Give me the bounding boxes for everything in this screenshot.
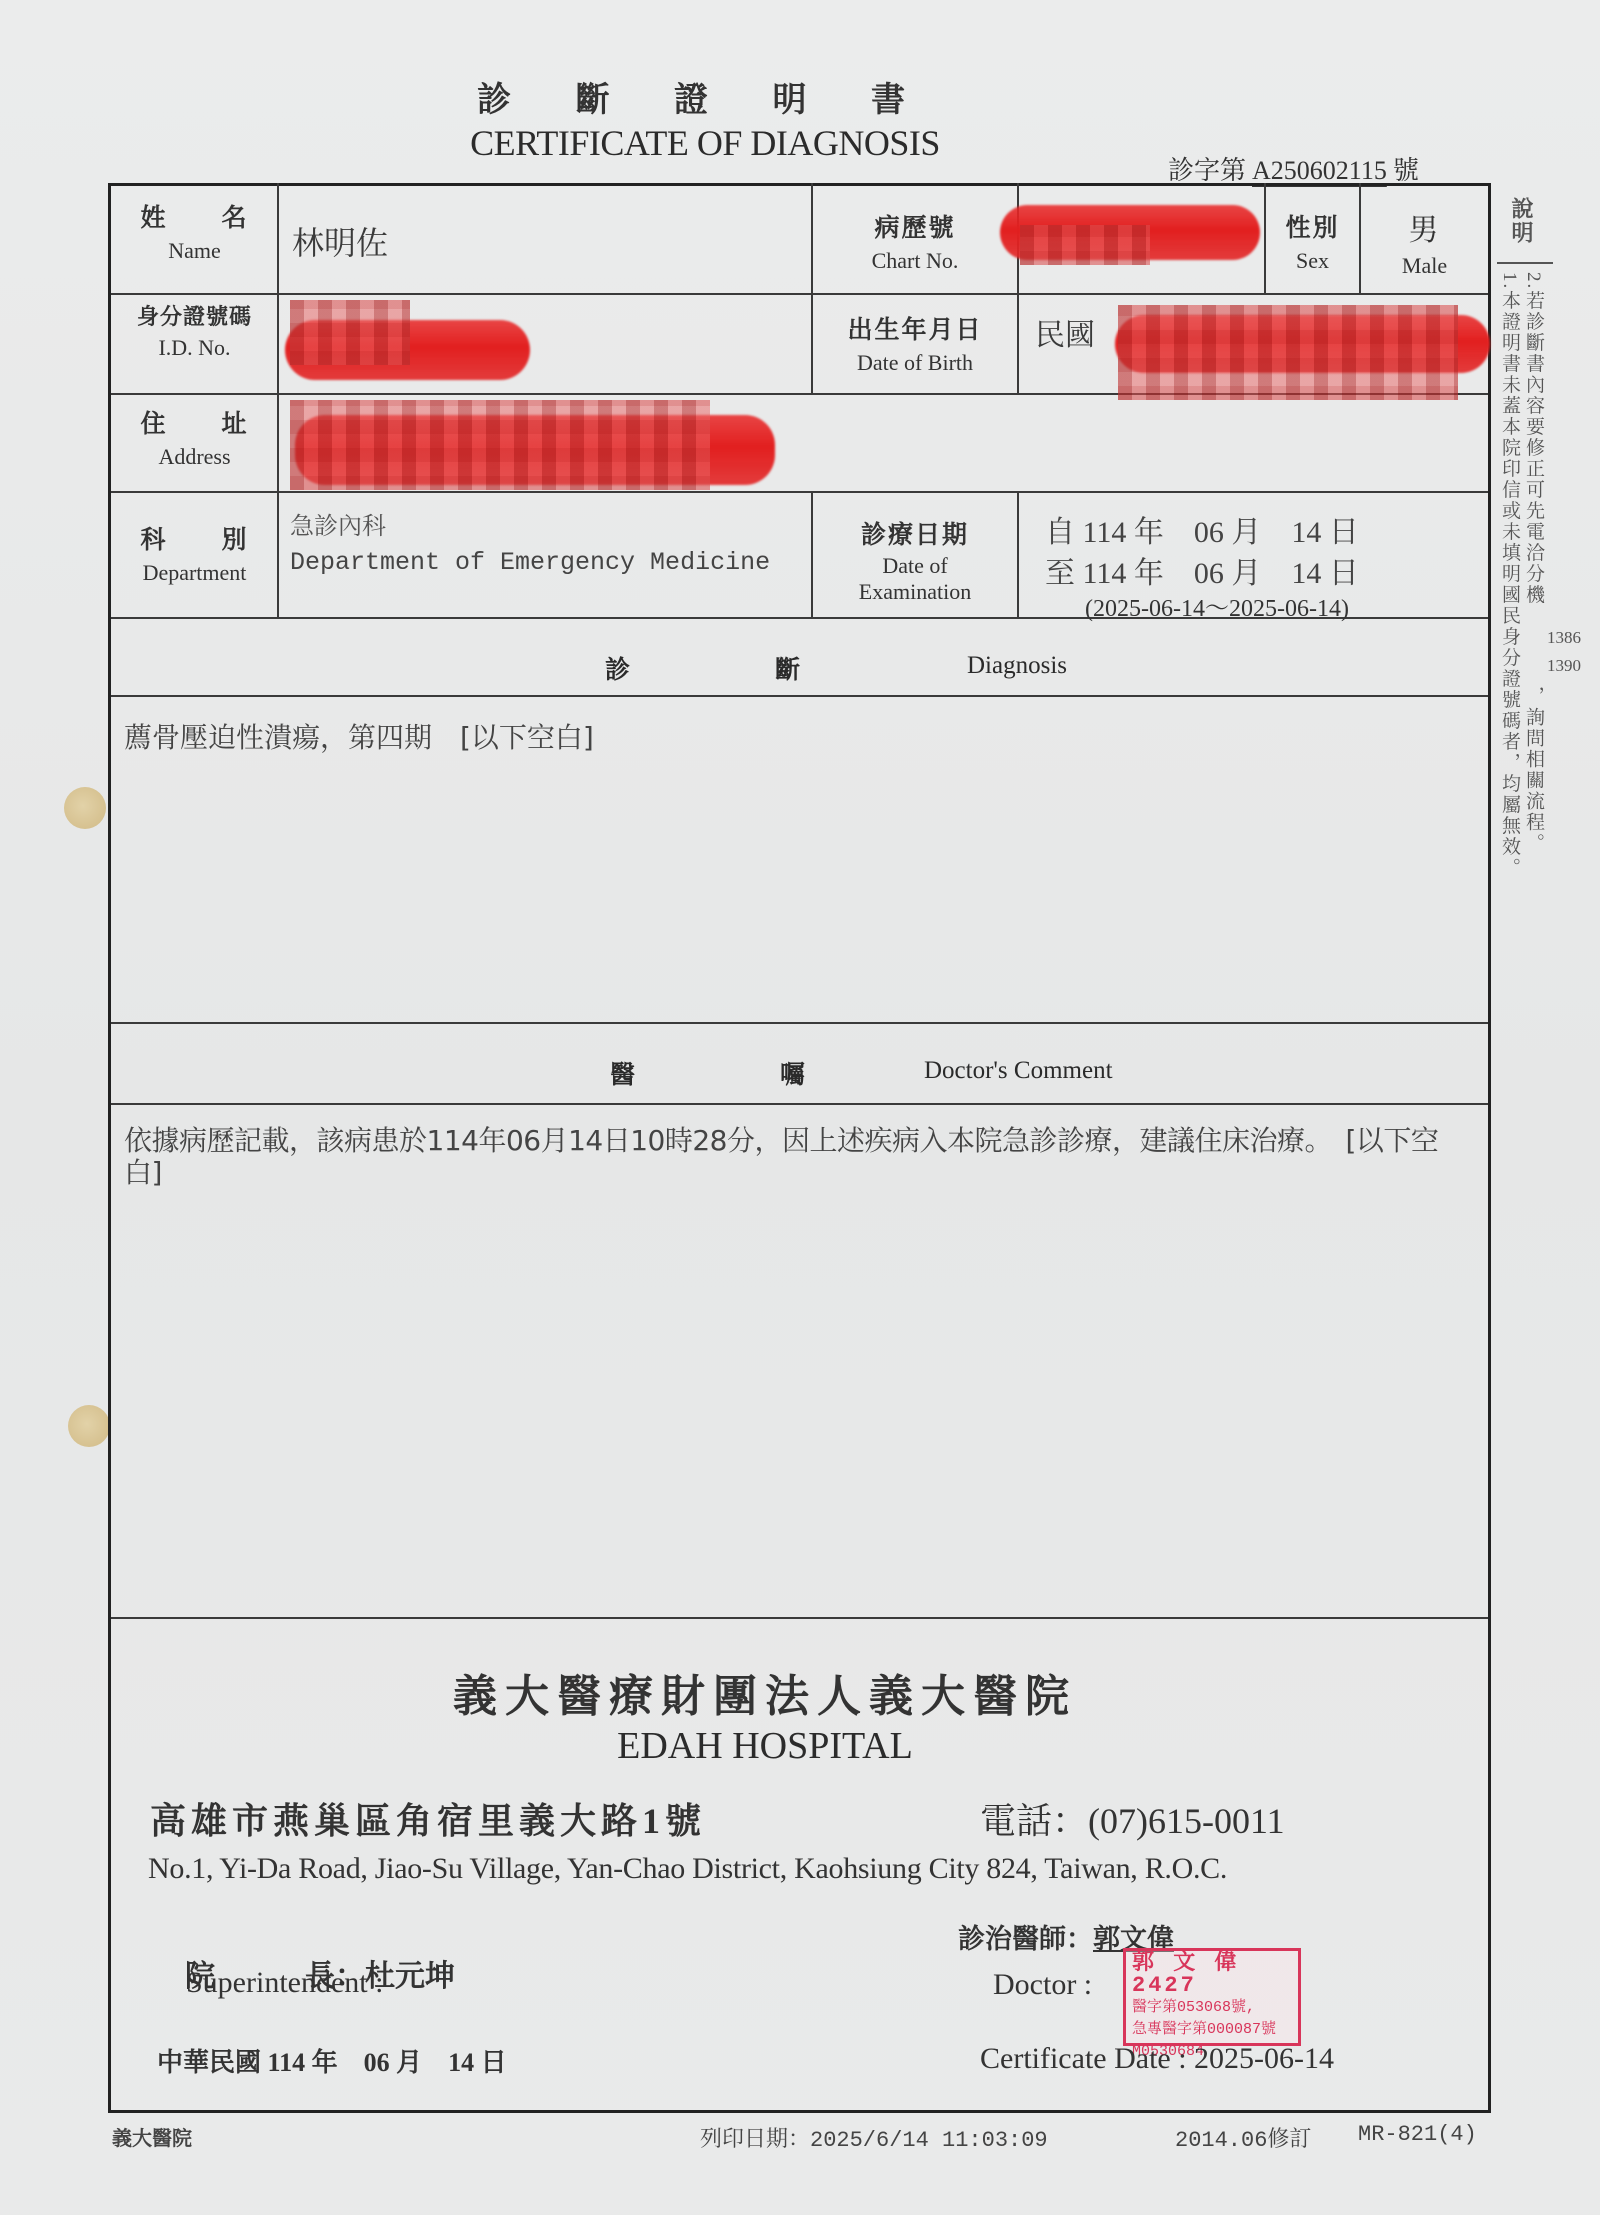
table-border-bottom <box>108 2110 1491 2113</box>
row-divider <box>110 491 1490 493</box>
exam-date-from: 自 114 年 06 月 14 日 <box>1045 507 1359 551</box>
diagnosis-header-cn: 診 斷 <box>605 650 860 686</box>
diagnosis-header-en: Diagnosis <box>967 652 1067 680</box>
name-value: 林明佐 <box>292 218 388 264</box>
name-label: 姓 名 Name <box>112 198 277 264</box>
side-note-1: 1.本證明書未蓋本院印信或未填明國民身分證號碼者，均屬無效。 <box>1498 272 1520 878</box>
row-divider <box>110 1617 1490 1619</box>
sex-value: 男 Male <box>1361 205 1488 279</box>
diagnosis-text: 薦骨壓迫性潰瘍，第四期 [以下空白] <box>124 722 594 754</box>
exam-date-to: 至 114 年 06 月 14 日 <box>1045 548 1359 592</box>
dob-redaction <box>1118 305 1458 400</box>
address-redaction <box>290 400 710 490</box>
cert-no-prefix: 診字第 <box>1168 156 1246 185</box>
table-border-top <box>110 183 1490 186</box>
dob-prefix: 民國 <box>1035 310 1095 354</box>
footer-hospital: 義大醫院 <box>112 2122 192 2151</box>
cert-no-suffix: 號 <box>1393 156 1419 185</box>
title-chinese: 診 斷 證 明 書 <box>0 72 1600 121</box>
exam-date-label: 診療日期 Date of Examination <box>813 515 1017 605</box>
side-note-ext2: 1390 <box>1547 656 1581 676</box>
certificate-number: 診字第A250602115號 <box>1168 150 1419 187</box>
superintendent-label-en: Superintendent : <box>186 1966 383 2000</box>
department-value-cn: 急診內科 <box>290 506 386 541</box>
address-label: 住 址 Address <box>112 404 277 470</box>
side-note-divider <box>1497 262 1553 264</box>
footer-form-code: MR-821(4) <box>1358 2122 1477 2147</box>
comment-text: 依據病歷記載，該病患於114年06月14日10時28分，因上述疾病入本院急診診療… <box>124 1125 1464 1189</box>
comment-header-en: Doctor's Comment <box>924 1057 1113 1085</box>
comment-header-cn: 醫 囑 <box>610 1055 865 1091</box>
row-divider <box>110 695 1490 697</box>
hospital-name-en: EDAH HOSPITAL <box>0 1724 1600 1768</box>
cert-no-value: A250602115 <box>1252 156 1387 185</box>
table-border-right <box>1488 183 1491 2113</box>
punch-hole <box>64 787 106 829</box>
hospital-address-en: No.1, Yi-Da Road, Jiao-Su Village, Yan-C… <box>148 1852 1227 1886</box>
department-value-en: Department of Emergency Medicine <box>290 548 770 577</box>
footer-revision: 2014.06修訂 <box>1175 2122 1311 2153</box>
side-note-title: 說明 <box>1510 197 1532 245</box>
exam-date-range: (2025-06-14～2025-06-14) <box>1085 588 1349 623</box>
col-divider <box>277 183 279 617</box>
sex-label: 性別 Sex <box>1266 208 1359 274</box>
certificate-date: Certificate Date : 2025-06-14 <box>980 2042 1334 2076</box>
footer-print-date: 列印日期：2025/6/14 11:03:09 <box>700 2122 1048 2153</box>
col-divider <box>1017 491 1019 617</box>
chart-no-redaction <box>1020 225 1150 265</box>
roc-date: 中華民國 114 年 06 月 14 日 <box>157 2042 507 2079</box>
side-note-2a: 2.若診斷書內容要修正可先電洽分機 <box>1522 272 1544 605</box>
side-note-ext1: 1386 <box>1547 628 1581 648</box>
id-label: 身分證號碼 I.D. No. <box>112 300 277 361</box>
row-divider <box>110 1103 1490 1105</box>
table-border-left <box>108 183 111 2113</box>
punch-hole <box>68 1405 110 1447</box>
row-divider <box>110 293 1490 295</box>
department-label: 科 別 Department <box>112 520 277 586</box>
chart-no-label: 病歷號 Chart No. <box>813 208 1017 274</box>
hospital-phone: 電話：(07)615-0011 <box>980 1793 1285 1844</box>
hospital-address-cn: 高雄市燕巢區角宿里義大路1號 <box>150 1793 706 1844</box>
side-note-2b: ，詢問相關流程。 <box>1522 686 1544 854</box>
doctor-label-en: Doctor : <box>993 1968 1092 2002</box>
dob-label: 出生年月日 Date of Birth <box>813 310 1017 376</box>
hospital-name-cn: 義大醫療財團法人義大醫院 <box>0 1660 1600 1724</box>
doctor-seal-stamp: 郭 文 偉 2427 醫字第053068號, 急專醫字第000087號 M053… <box>1123 1948 1301 2046</box>
id-redaction <box>290 300 410 365</box>
row-divider <box>110 1022 1490 1024</box>
